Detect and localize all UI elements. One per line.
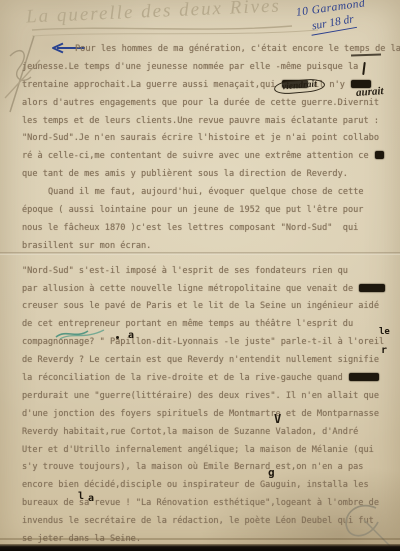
scan-edge-shadow xyxy=(0,544,400,551)
typed-line: Uter et d'Utrillo infernalement angéliqu… xyxy=(22,442,392,460)
typed-line: d'une jonction des foyers spirituels de … xyxy=(22,406,392,424)
typed-text: de Reverdy ? Le certain est que Reverdy … xyxy=(22,355,379,365)
overwrite-letter-v: V xyxy=(274,412,281,426)
overwrite-letter-a: a xyxy=(128,330,134,341)
typed-line: Quand il me faut, aujourd'hui, évoquer q… xyxy=(22,184,392,202)
green-scribble-mark xyxy=(54,325,110,341)
pencil-title-underline xyxy=(30,24,330,38)
overwrite-letter-l: l xyxy=(78,491,84,502)
typed-text: invendus le secrétaire de la rédaction, … xyxy=(22,516,374,526)
typed-text: brasillent sur mon écran. xyxy=(22,241,151,251)
typed-line: les temps et de leurs clients.Une revue … xyxy=(22,113,392,131)
typed-line: "Nord-Sud" s'est-il imposé à l'esprit de… xyxy=(22,263,392,281)
typed-text: d'une jonction des foyers spirituels de … xyxy=(22,409,379,419)
ink-dot-mark xyxy=(116,336,119,339)
typed-text: la réconciliation de la rive-droite et d… xyxy=(22,373,348,383)
typed-line: "Nord-Sud".Je n'en saurais écrire l'hist… xyxy=(22,130,392,148)
typed-line: nous le fâcheux 1870 )c'est les lettres … xyxy=(22,220,392,238)
typed-text: nous le fâcheux 1870 )c'est les lettres … xyxy=(22,223,358,233)
typed-text: s'y trouve toujours), la maison où Emile… xyxy=(22,462,363,472)
ink-redaction xyxy=(375,151,384,159)
typed-text: par allusion à cette nouvelle ligne métr… xyxy=(22,284,358,294)
overwrite-letter-r: r xyxy=(381,345,387,356)
typed-text: Uter et d'Utrillo infernalement angéliqu… xyxy=(22,445,374,455)
typed-line: époque ( aussi lointaine pour un jeune d… xyxy=(22,202,392,220)
typed-text: perdurait une "guerre(littéraire) des de… xyxy=(22,391,379,401)
typed-text: jeunesse.Le temps d'une jeunesse nommée … xyxy=(22,62,358,72)
typed-text: que tant de mes amis y publièrent sous l… xyxy=(22,169,348,179)
handwritten-correction-aurait: aurait xyxy=(356,85,384,99)
typed-text: Quand il me faut, aujourd'hui, évoquer q… xyxy=(48,187,364,197)
typed-text: "Nord-Sud".Je n'en saurais écrire l'hist… xyxy=(22,133,379,143)
ink-redaction xyxy=(359,284,385,292)
typed-text: creuser sous le pavé de Paris et le lit … xyxy=(22,301,379,311)
typed-text: Reverdy habitait,rue Cortot,la maison de… xyxy=(22,427,358,437)
typed-line: s'y trouve toujours), la maison où Emile… xyxy=(22,459,392,477)
typesetting-note-line2: sur 18 dr xyxy=(309,13,357,36)
typed-text: trentaine approchait.La guerre aussi men… xyxy=(22,80,281,90)
typed-text: ré à celle-ci,me contentant de suivre av… xyxy=(22,151,374,161)
typescript-text: Pour les hommes de ma génération, c'étai… xyxy=(22,41,392,549)
typed-line: perdurait une "guerre(littéraire) des de… xyxy=(22,388,392,406)
typed-line: par allusion à cette nouvelle ligne métr… xyxy=(22,281,392,299)
typed-line: ré à celle-ci,me contentant de suivre av… xyxy=(22,148,392,166)
typed-text: "Nord-Sud" s'est-il imposé à l'esprit de… xyxy=(22,266,348,276)
typesetting-note: 10 Garamond sur 18 dr xyxy=(295,0,368,37)
typed-line: trentaine approchait.La guerre aussi men… xyxy=(22,77,392,95)
typed-line: la réconciliation de la rive-droite et d… xyxy=(22,370,392,388)
typed-line: Reverdy habitait,rue Cortot,la maison de… xyxy=(22,424,392,442)
typed-line: que tant de mes amis y publièrent sous l… xyxy=(22,166,392,184)
typed-text: alors d'autres engagements que pour la d… xyxy=(22,98,379,108)
typed-line: creuser sous le pavé de Paris et le lit … xyxy=(22,298,392,316)
paper-crease-line-bottom xyxy=(0,538,400,540)
typed-line: alors d'autres engagements que pour la d… xyxy=(22,95,392,113)
typed-line: jeunesse.Le temps d'une jeunesse nommée … xyxy=(22,59,392,77)
overwrite-letter-g: g xyxy=(268,466,275,479)
typed-text: encore bien décidé,disciple ou inspirate… xyxy=(22,480,369,490)
typed-text: Pour les hommes de ma génération, c'étai… xyxy=(75,44,400,54)
paper-crease-line xyxy=(0,252,400,255)
typed-text: les temps et de leurs clients.Une revue … xyxy=(22,116,379,126)
ink-redaction xyxy=(349,373,379,381)
typed-line: Pour les hommes de ma génération, c'étai… xyxy=(22,41,392,59)
typed-text: époque ( aussi lointaine pour un jeune d… xyxy=(22,205,363,215)
overwrite-letter-a2: a xyxy=(88,493,94,504)
typed-line: de Reverdy ? Le certain est que Reverdy … xyxy=(22,352,392,370)
alpha-pencil-mark xyxy=(334,500,398,550)
manuscript-page-scan: La querelle des deux Rives 10 Garamond s… xyxy=(0,0,400,551)
overwrite-letters-le: le xyxy=(379,327,390,337)
typed-text: bureaux de sa revue ! "La Rénovation est… xyxy=(22,498,379,508)
